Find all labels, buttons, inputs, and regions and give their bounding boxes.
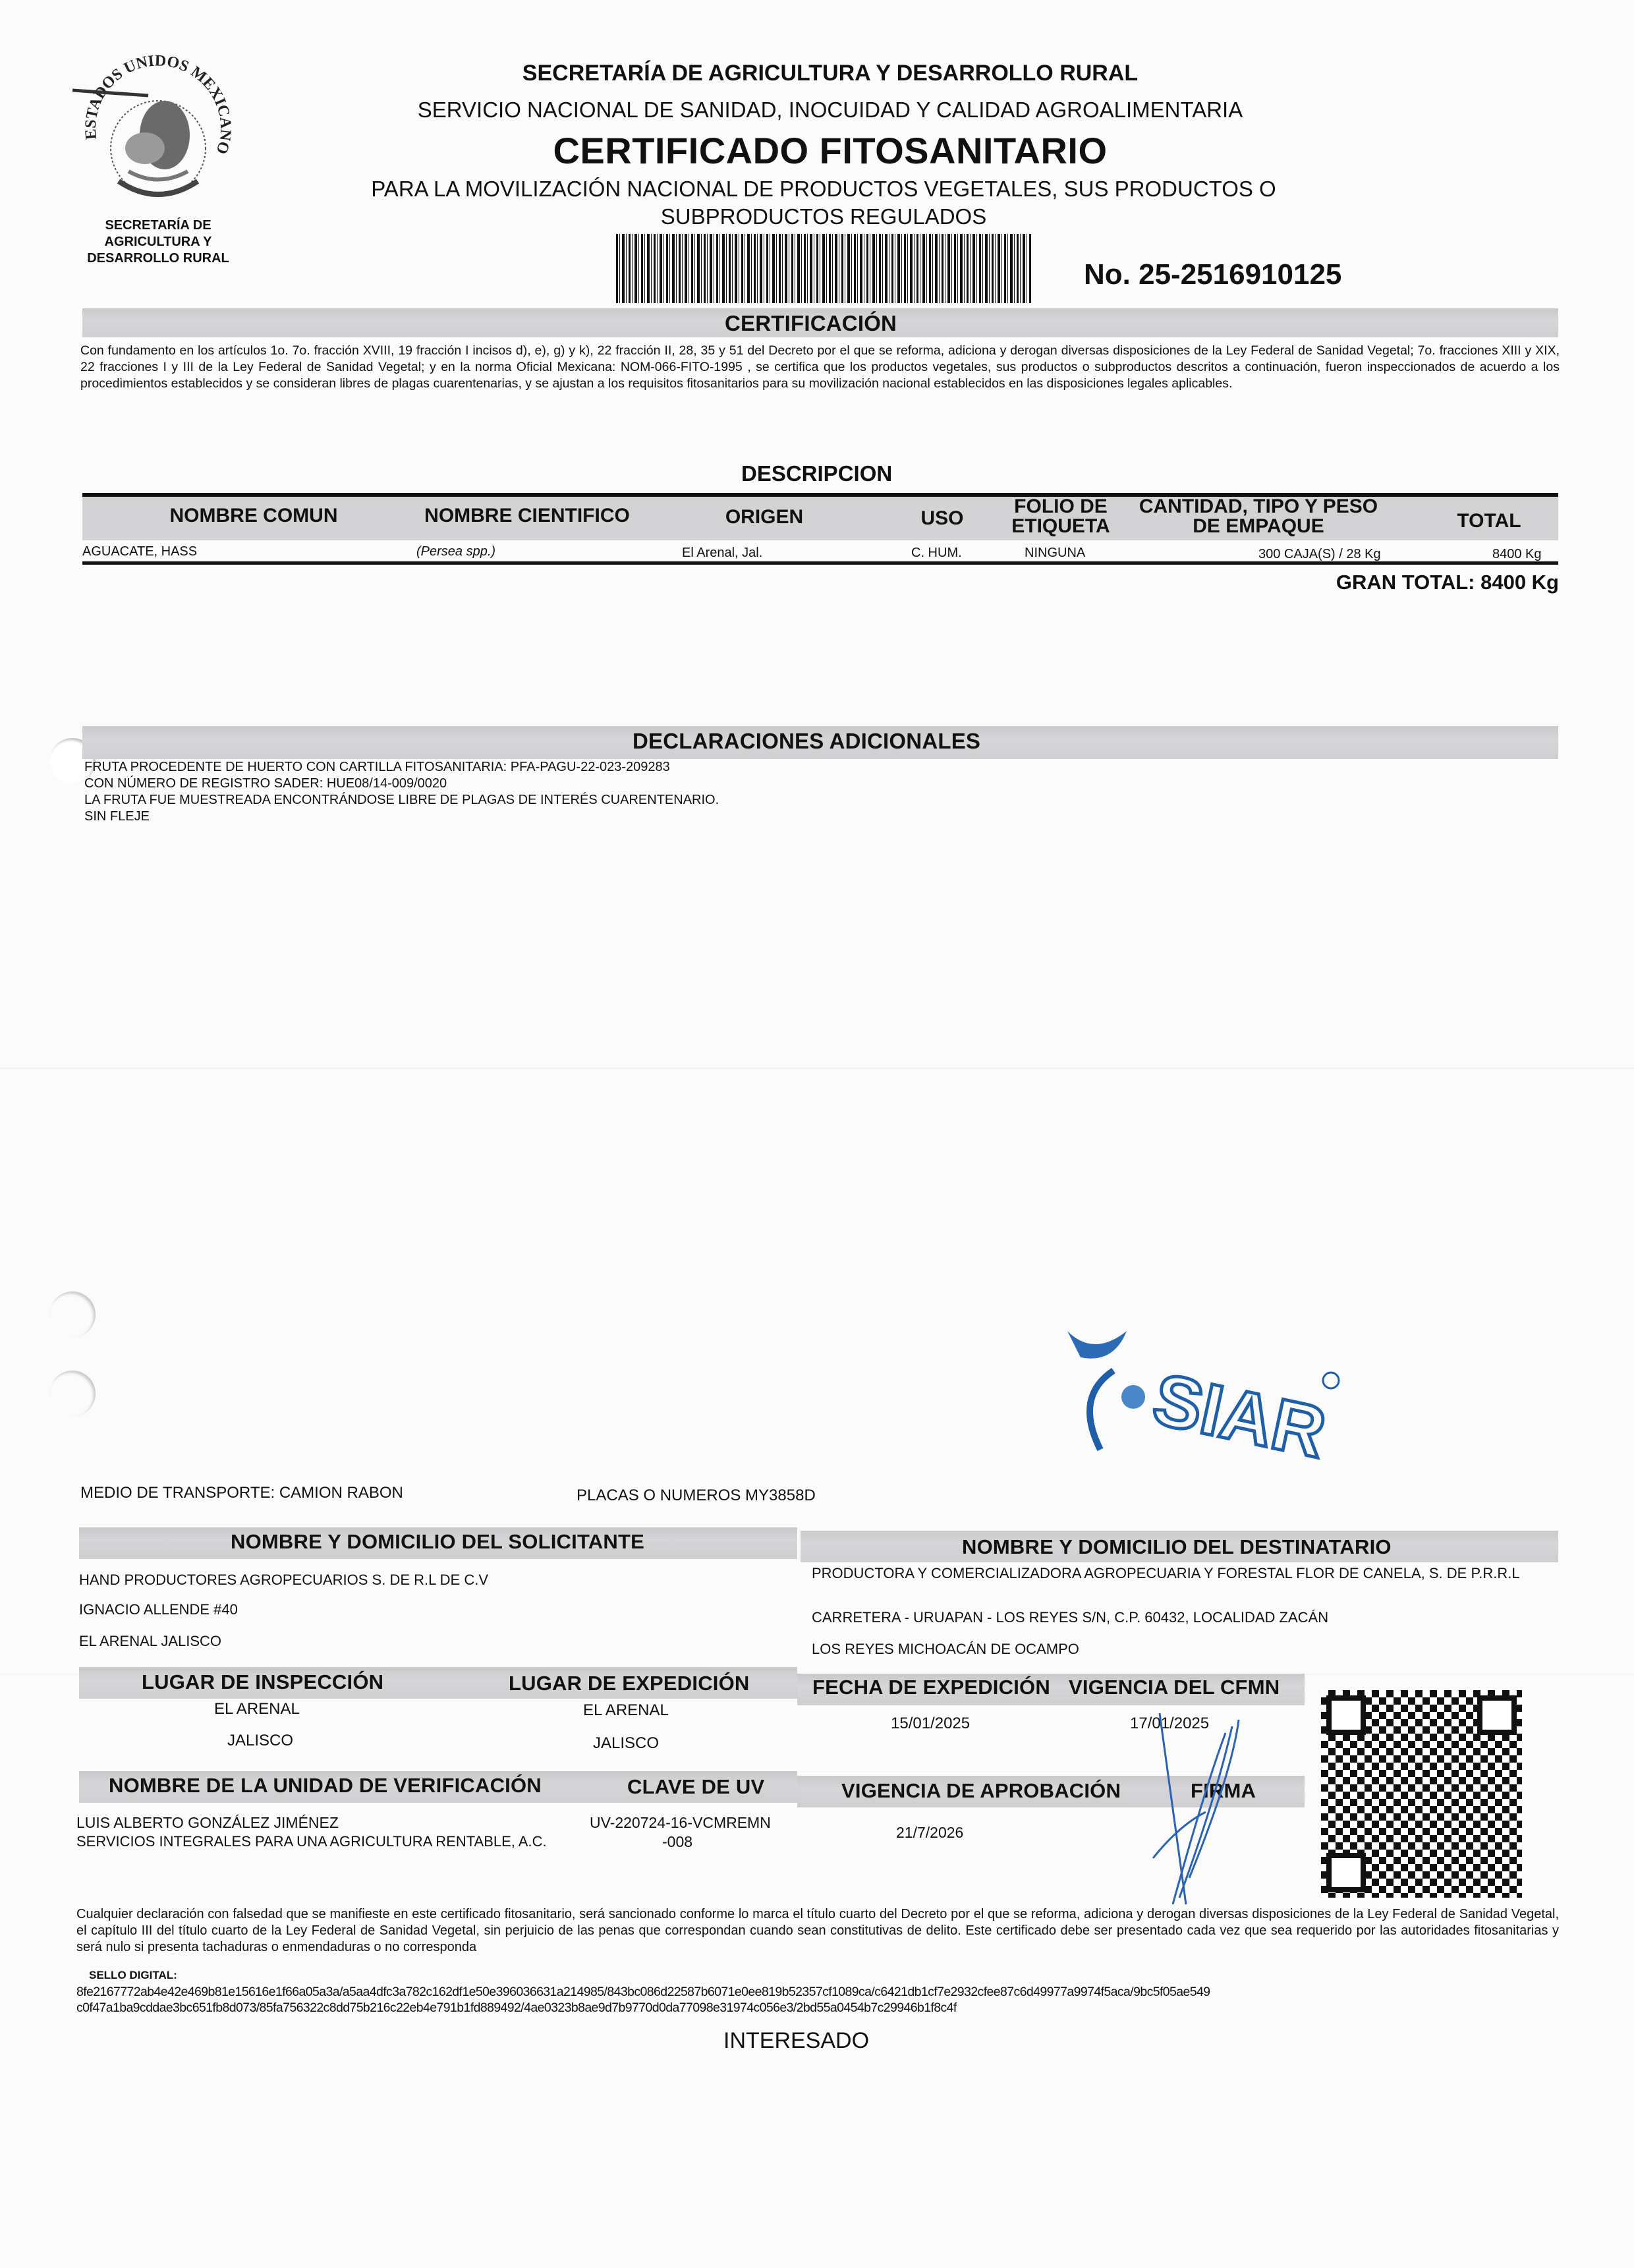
document-subtitle: PARA LA MOVILIZACIÓN NACIONAL DE PRODUCT…: [303, 177, 1344, 202]
column-header-cantidad: CANTIDAD, TIPO Y PESO DE EMPAQUE: [1133, 497, 1384, 536]
expedicion-ciudad: EL ARENAL: [583, 1701, 669, 1720]
barcode: [616, 234, 1031, 303]
cell-total: 8400 Kg: [1492, 547, 1542, 562]
expedicion-label: LUGAR DE EXPEDICIÓN: [509, 1672, 750, 1695]
qr-finder: [1326, 1695, 1366, 1735]
siar-stamp-icon: SIAR: [1054, 1318, 1370, 1476]
clave-uv-label: CLAVE DE UV: [627, 1775, 764, 1799]
vigencia-cfmn-label: VIGENCIA DEL CFMN: [1069, 1676, 1280, 1699]
seal-caption-line: AGRICULTURA Y: [63, 234, 254, 250]
declaracion-line: SIN FLEJE: [84, 808, 719, 825]
seal-caption-line: DESARROLLO RURAL: [63, 250, 254, 267]
medio-transporte: MEDIO DE TRANSPORTE: CAMION RABON: [80, 1484, 403, 1502]
unidad-nombre-value: LUIS ALBERTO GONZÁLEZ JIMÉNEZ: [76, 1814, 339, 1832]
seal-caption-line: SECRETARÍA DE: [63, 217, 254, 234]
inspeccion-estado: JALISCO: [227, 1732, 293, 1750]
inspeccion-label: LUGAR DE INSPECCIÓN: [142, 1670, 383, 1694]
certificacion-title: CERTIFICACIÓN: [725, 311, 897, 336]
signature-mark: [1133, 1707, 1265, 1911]
placas: PLACAS O NUMEROS MY3858D: [577, 1487, 816, 1505]
destinatario-ciudad: LOS REYES MICHOACÁN DE OCAMPO: [812, 1641, 1079, 1658]
clave-uv-value: UV-220724-16-VCMREMN: [590, 1814, 771, 1832]
mexico-coat-of-arms-seal-icon: ESTADOS UNIDOS MEXICANOS: [72, 49, 244, 234]
punch-hole: [49, 1371, 96, 1417]
cell-folio: NINGUNA: [1025, 546, 1085, 561]
copy-designation: INTERESADO: [723, 2028, 869, 2054]
legal-disclaimer: Cualquier declaración con falsedad que s…: [76, 1906, 1559, 1956]
destinatario-direccion: CARRETERA - URUAPAN - LOS REYES S/N, C.P…: [812, 1609, 1328, 1626]
paper-crease: [0, 1067, 1634, 1069]
punch-hole: [49, 1291, 96, 1338]
solicitante-direccion: IGNACIO ALLENDE #40: [79, 1601, 238, 1618]
descripcion-title: DESCRIPCION: [741, 461, 892, 486]
sello-digital-line: 8fe2167772ab4e42e469b81e15616e1f66a05a3a…: [76, 1985, 1210, 2000]
declaracion-line: CON NÚMERO DE REGISTRO SADER: HUE08/14-0…: [84, 776, 719, 792]
declaraciones-list: FRUTA PROCEDENTE DE HUERTO CON CARTILLA …: [84, 759, 719, 825]
clave-uv-value-cont: -008: [662, 1833, 692, 1851]
certificate-number: No. 25-2516910125: [1084, 258, 1341, 291]
svg-text:SIAR: SIAR: [1146, 1358, 1333, 1473]
declaraciones-title: DECLARACIONES ADICIONALES: [633, 729, 980, 754]
fecha-expedicion-value: 15/01/2025: [891, 1715, 970, 1733]
cell-cantidad: 300 CAJA(S) / 28 Kg: [1258, 547, 1381, 562]
table-bottom-rule: [82, 561, 1558, 565]
solicitante-ciudad: EL ARENAL JALISCO: [79, 1633, 221, 1650]
qr-code: [1321, 1690, 1522, 1898]
expedicion-estado: JALISCO: [593, 1734, 659, 1753]
sello-digital-label: SELLO DIGITAL:: [89, 1969, 177, 1982]
inspeccion-ciudad: EL ARENAL: [214, 1700, 300, 1718]
unidad-nombre-label: NOMBRE DE LA UNIDAD DE VERIFICACIÓN: [109, 1774, 542, 1798]
column-header-uso: USO: [903, 509, 982, 528]
cell-nombre-cientifico: (Persea spp.): [416, 544, 495, 559]
declaracion-line: FRUTA PROCEDENTE DE HUERTO CON CARTILLA …: [84, 759, 719, 776]
service-name: SERVICIO NACIONAL DE SANIDAD, INOCUIDAD …: [329, 98, 1331, 123]
qr-finder: [1477, 1695, 1517, 1735]
column-header-total: TOTAL: [1417, 511, 1562, 531]
cell-origen: El Arenal, Jal.: [682, 546, 762, 561]
declaracion-line: LA FRUTA FUE MUESTREADA ENCONTRÁNDOSE LI…: [84, 792, 719, 808]
qr-finder: [1326, 1853, 1366, 1892]
certificacion-text: Con fundamento en los artículos 1o. 7o. …: [80, 343, 1560, 392]
column-header-origen: ORIGEN: [692, 507, 837, 527]
vigencia-aprobacion-label: VIGENCIA DE APROBACIÓN: [841, 1779, 1121, 1803]
solicitante-nombre: HAND PRODUCTORES AGROPECUARIOS S. DE R.L…: [79, 1572, 488, 1589]
column-header-nombre-cientifico: NOMBRE CIENTIFICO: [408, 506, 646, 526]
unidad-empresa: SERVICIOS INTEGRALES PARA UNA AGRICULTUR…: [76, 1833, 584, 1850]
cell-uso: C. HUM.: [911, 546, 962, 561]
document-subtitle: SUBPRODUCTOS REGULADOS: [303, 204, 1344, 229]
solicitante-title: NOMBRE Y DOMICILIO DEL SOLICITANTE: [231, 1530, 644, 1554]
cell-nombre-comun: AGUACATE, HASS: [82, 544, 197, 559]
document-title: CERTIFICADO FITOSANITARIO: [329, 129, 1331, 172]
column-header-nombre-comun: NOMBRE COMUN: [132, 506, 376, 526]
gran-total: GRAN TOTAL: 8400 Kg: [1336, 571, 1559, 594]
fecha-expedicion-label: FECHA DE EXPEDICIÓN: [812, 1676, 1050, 1699]
destinatario-title: NOMBRE Y DOMICILIO DEL DESTINATARIO: [962, 1535, 1392, 1559]
sello-digital-line: c0f47a1ba9cddae3bc651fb8d073/85fa756322c…: [76, 2000, 957, 2016]
agency-name: SECRETARÍA DE AGRICULTURA Y DESARROLLO R…: [329, 61, 1331, 86]
destinatario-nombre: PRODUCTORA Y COMERCIALIZADORA AGROPECUAR…: [812, 1564, 1550, 1582]
column-header-folio: FOLIO DE ETIQUETA: [1001, 497, 1120, 536]
vigencia-aprobacion-value: 21/7/2026: [896, 1824, 963, 1842]
seal-caption: SECRETARÍA DE AGRICULTURA Y DESARROLLO R…: [63, 217, 254, 267]
